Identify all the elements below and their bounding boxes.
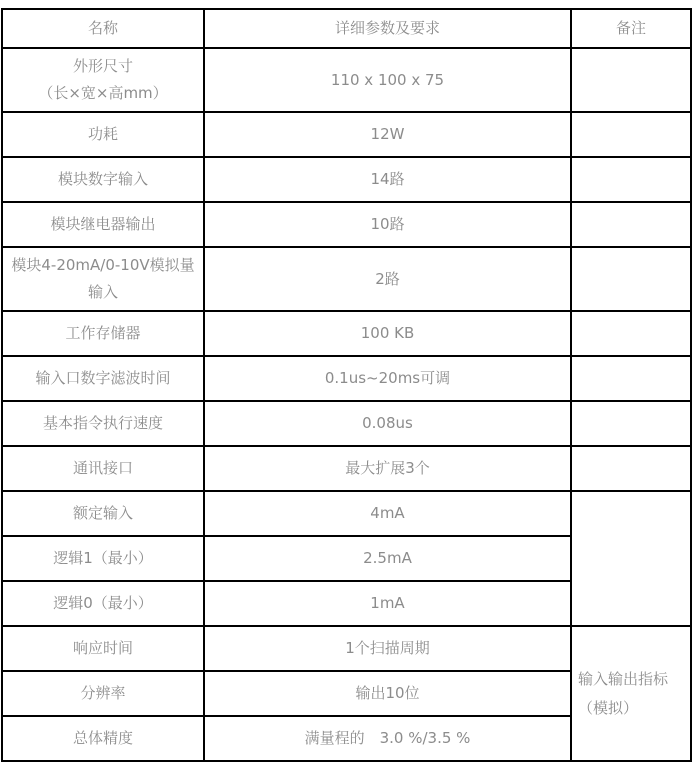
table-row: 模块4-20mA/0-10V模拟量 输入 2路 <box>2 247 691 311</box>
column-header-params: 详细参数及要求 <box>204 9 571 48</box>
row-value-cell: 110 x 100 x 75 <box>204 48 571 112</box>
row-value-cell: 12W <box>204 112 571 157</box>
row-value-cell: 1个扫描周期 <box>204 626 571 671</box>
row-name-cell: 总体精度 <box>2 716 204 761</box>
row-note-cell <box>571 446 691 491</box>
row-note-cell <box>571 112 691 157</box>
column-header-name: 名称 <box>2 9 204 48</box>
row-name-cell: 模块4-20mA/0-10V模拟量 输入 <box>2 247 204 311</box>
row-value-cell: 14路 <box>204 157 571 202</box>
table-row: 模块数字输入 14路 <box>2 157 691 202</box>
row-name-cell: 输入口数字滤波时间 <box>2 356 204 401</box>
row-value-cell: 0.08us <box>204 401 571 446</box>
row-value-cell: 100 KB <box>204 311 571 356</box>
row-value-cell: 输出10位 <box>204 671 571 716</box>
row-name-cell: 外形尺寸 （长×宽×高mm） <box>2 48 204 112</box>
table-row: 响应时间 1个扫描周期 输入输出指标 （模拟） <box>2 626 691 671</box>
row-value-cell: 0.1us~20ms可调 <box>204 356 571 401</box>
row-note-cell <box>571 356 691 401</box>
row-name-cell: 模块数字输入 <box>2 157 204 202</box>
row-name-cell: 通讯接口 <box>2 446 204 491</box>
row-value-cell: 4mA <box>204 491 571 536</box>
table-row: 额定输入 4mA <box>2 491 691 536</box>
row-value-cell: 1mA <box>204 581 571 626</box>
table-row: 模块继电器输出 10路 <box>2 202 691 247</box>
header-row: 名称 详细参数及要求 备注 <box>2 9 691 48</box>
row-name-cell: 工作存储器 <box>2 311 204 356</box>
row-value-cell: 2.5mA <box>204 536 571 581</box>
row-name-cell: 响应时间 <box>2 626 204 671</box>
row-note-cell <box>571 202 691 247</box>
spec-table: 名称 详细参数及要求 备注 外形尺寸 （长×宽×高mm） 110 x 100 x… <box>1 8 692 762</box>
merged-note-cell-io: 输入输出指标 （模拟） <box>571 626 691 761</box>
row-note-cell <box>571 48 691 112</box>
row-name-cell: 模块继电器输出 <box>2 202 204 247</box>
table-row: 外形尺寸 （长×宽×高mm） 110 x 100 x 75 <box>2 48 691 112</box>
row-name-cell: 逻辑1（最小） <box>2 536 204 581</box>
table-row: 输入口数字滤波时间 0.1us~20ms可调 <box>2 356 691 401</box>
row-value-cell: 10路 <box>204 202 571 247</box>
row-name-cell: 额定输入 <box>2 491 204 536</box>
table-row: 基本指令执行速度 0.08us <box>2 401 691 446</box>
row-note-cell <box>571 311 691 356</box>
table-row: 通讯接口 最大扩展3个 <box>2 446 691 491</box>
column-header-notes: 备注 <box>571 9 691 48</box>
row-name-cell: 功耗 <box>2 112 204 157</box>
merged-note-cell-empty <box>571 491 691 626</box>
row-name-cell: 逻辑0（最小） <box>2 581 204 626</box>
row-value-cell: 满量程的 3.0 %/3.5 % <box>204 716 571 761</box>
table-row: 功耗 12W <box>2 112 691 157</box>
row-note-cell <box>571 401 691 446</box>
row-value-cell: 最大扩展3个 <box>204 446 571 491</box>
row-value-cell: 2路 <box>204 247 571 311</box>
row-name-cell: 基本指令执行速度 <box>2 401 204 446</box>
row-note-cell <box>571 157 691 202</box>
table-row: 工作存储器 100 KB <box>2 311 691 356</box>
row-name-cell: 分辨率 <box>2 671 204 716</box>
row-note-cell <box>571 247 691 311</box>
